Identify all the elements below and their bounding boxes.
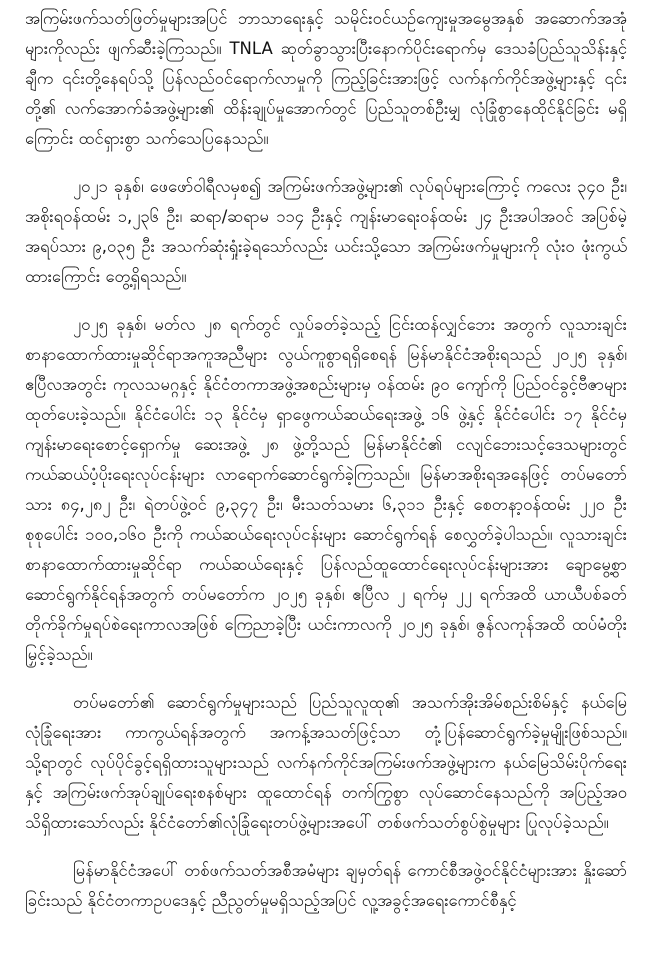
paragraph-1: အကြမ်းဖက်သတ်ဖြတ်မှုများအပြင် ဘာသာရေးနှင့… <box>25 4 627 154</box>
paragraph-5: မြန်မာနိုင်ငံအပေါ် တစ်ဖက်သတ်အစီအမံများ ခ… <box>25 856 627 916</box>
document-page: အကြမ်းဖက်သတ်ဖြတ်မှုများအပြင် ဘာသာရေးနှင့… <box>25 4 627 934</box>
paragraph-3: ၂၀၂၅ ခုနှစ်၊ မတ်လ ၂၈ ရက်တွင် လှုပ်ခတ်ခဲ့… <box>25 310 627 670</box>
paragraph-2: ၂၀၂၁ ခုနှစ်၊ ဖေဖော်ဝါရီလမှစ၍ အကြမ်းဖက်အဖ… <box>25 172 627 292</box>
paragraph-4: တပ်မတော်၏ ဆောင်ရွက်မှုများသည် ပြည်သူလူထု… <box>25 688 627 838</box>
